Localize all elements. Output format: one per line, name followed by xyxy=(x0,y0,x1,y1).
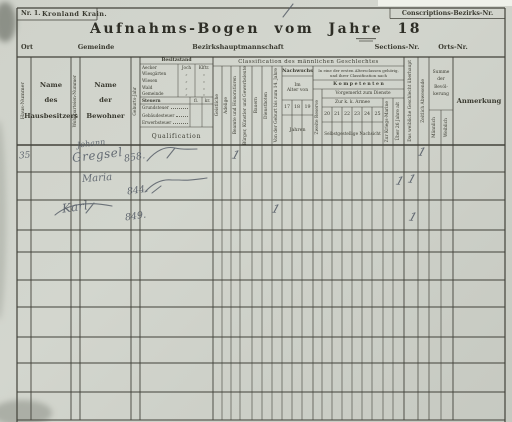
entry-row2-name: Maria xyxy=(82,172,113,185)
entry-haus-nr: 35 xyxy=(19,151,31,162)
handwritten-check-mark xyxy=(283,4,293,17)
handwriting-flourish-row2 xyxy=(145,178,207,193)
handwriting-flourish-row1 xyxy=(147,148,197,161)
scanned-census-form: Nr. 1. Kronland Krain. Conscriptions-Bez… xyxy=(0,0,512,422)
